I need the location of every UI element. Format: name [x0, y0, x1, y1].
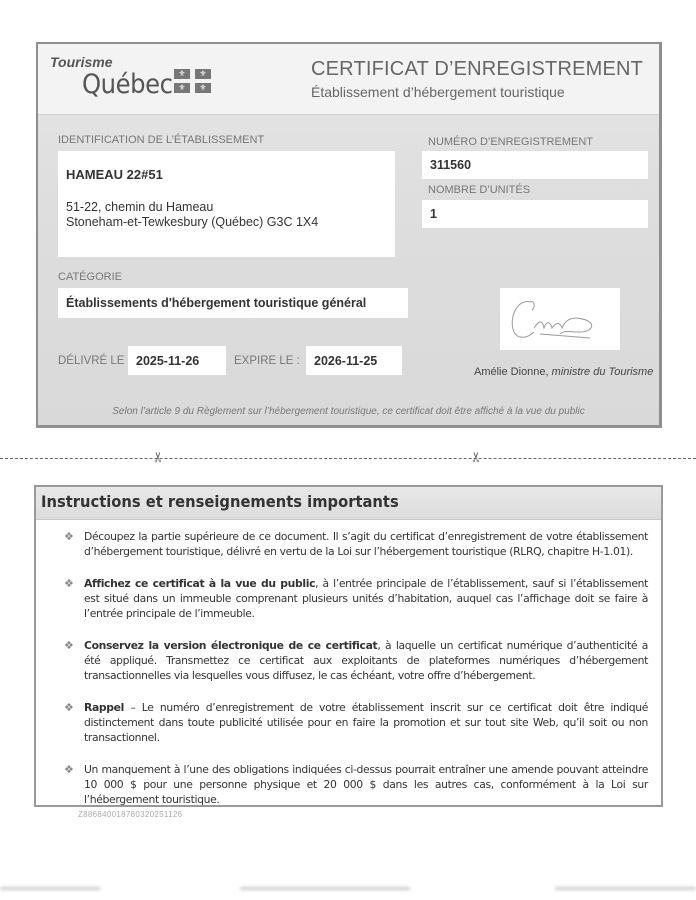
- instruction-item: ❖Conservez la version électronique de ce…: [62, 638, 648, 683]
- registration-certificate: Tourisme Québec ⚜ ⚜ ⚜ ⚜ CERTIFICAT D’ENR…: [36, 42, 662, 428]
- registration-number-box: 311560: [422, 151, 648, 179]
- instruction-text: – Le numéro d’enregistrement de votre ét…: [84, 701, 648, 744]
- quebec-flag-icon: ⚜ ⚜ ⚜ ⚜: [174, 69, 212, 95]
- establishment-name: HAMEAU 22#51: [66, 167, 163, 182]
- establishment-box: HAMEAU 22#51 51-22, chemin du Hameau Sto…: [58, 151, 395, 257]
- signature-icon: [500, 288, 620, 350]
- fleur-de-lis-icon: ⚜: [174, 83, 190, 93]
- establishment-label: IDENTIFICATION DE L’ÉTABLISSEMENT: [58, 134, 264, 146]
- instructions-list: ❖Découpez la partie supérieure de ce doc…: [62, 529, 648, 824]
- category-label: CATÉGORIE: [58, 271, 122, 283]
- bullet-diamond-icon: ❖: [64, 700, 74, 715]
- signatory-title: ministre du Tourisme: [552, 366, 654, 378]
- scan-artifact: [240, 887, 410, 890]
- reference-code: Z886840018780320251126: [78, 810, 182, 819]
- scissors-icon: ✂: [151, 451, 165, 463]
- units-value: 1: [430, 207, 437, 221]
- instruction-emphasis: Conservez la version électronique de ce …: [84, 639, 377, 652]
- category-box: Établissements d'hébergement touristique…: [58, 288, 408, 318]
- instruction-item: ❖Affichez ce certificat à la vue du publ…: [62, 576, 648, 621]
- signatory-name: Amélie Dionne,: [474, 366, 549, 378]
- category-value: Établissements d'hébergement touristique…: [66, 296, 366, 310]
- fleur-de-lis-icon: ⚜: [195, 69, 211, 79]
- fleur-de-lis-icon: ⚜: [174, 69, 190, 79]
- address-line-2: Stoneham-et-Tewkesbury (Québec) G3C 1X4: [66, 215, 318, 229]
- instruction-item: ❖Un manquement à l’une des obligations i…: [62, 762, 648, 807]
- registration-number: 311560: [430, 158, 471, 172]
- registration-number-label: NUMÉRO D’ENREGISTREMENT: [428, 136, 593, 148]
- units-box: 1: [422, 200, 648, 228]
- signature-box: [500, 288, 620, 350]
- bullet-diamond-icon: ❖: [64, 529, 74, 544]
- address-line-1: 51-22, chemin du Hameau: [66, 200, 213, 214]
- cut-line: [0, 458, 696, 459]
- bullet-diamond-icon: ❖: [64, 576, 74, 591]
- units-label: NOMBRE D’UNITÉS: [428, 184, 530, 196]
- expires-label: EXPIRE LE :: [234, 355, 300, 367]
- scan-artifact: [555, 887, 696, 890]
- scan-artifact: [0, 887, 100, 890]
- issued-label: DÉLIVRÉ LE :: [58, 355, 131, 367]
- certificate-subtitle: Établissement d’hébergement touristique: [311, 84, 565, 100]
- instruction-emphasis: Rappel: [84, 701, 124, 714]
- expiry-date: 2026-11-25: [314, 354, 377, 368]
- signatory: Amélie Dionne, ministre du Tourisme: [474, 366, 653, 378]
- certificate-header: Tourisme Québec ⚜ ⚜ ⚜ ⚜ CERTIFICAT D’ENR…: [38, 44, 659, 115]
- instruction-text: Un manquement à l’une des obligations in…: [84, 763, 648, 806]
- instruction-item: ❖Découpez la partie supérieure de ce doc…: [62, 529, 648, 559]
- expiry-date-box: 2026-11-25: [306, 346, 402, 375]
- logo-quebec-text: Québec: [82, 69, 173, 100]
- instructions-title: Instructions et renseignements important…: [41, 492, 399, 511]
- fleur-de-lis-icon: ⚜: [195, 83, 211, 93]
- instruction-text: Découpez la partie supérieure de ce docu…: [84, 530, 648, 558]
- instruction-emphasis: Affichez ce certificat à la vue du publi…: [84, 577, 315, 590]
- issued-date-box: 2025-11-26: [128, 346, 226, 375]
- bullet-diamond-icon: ❖: [64, 762, 74, 777]
- bullet-diamond-icon: ❖: [64, 638, 74, 653]
- instruction-item: ❖Rappel – Le numéro d’enregistrement de …: [62, 700, 648, 745]
- display-notice: Selon l’article 9 du Règlement sur l’héb…: [38, 406, 659, 417]
- instructions-header: Instructions et renseignements important…: [36, 487, 661, 520]
- instructions-panel: Instructions et renseignements important…: [34, 485, 663, 807]
- scissors-icon: ✂: [469, 451, 483, 463]
- issued-date: 2025-11-26: [136, 354, 199, 368]
- logo-tourisme-text: Tourisme: [50, 54, 113, 70]
- certificate-title: CERTIFICAT D’ENREGISTREMENT: [311, 58, 643, 81]
